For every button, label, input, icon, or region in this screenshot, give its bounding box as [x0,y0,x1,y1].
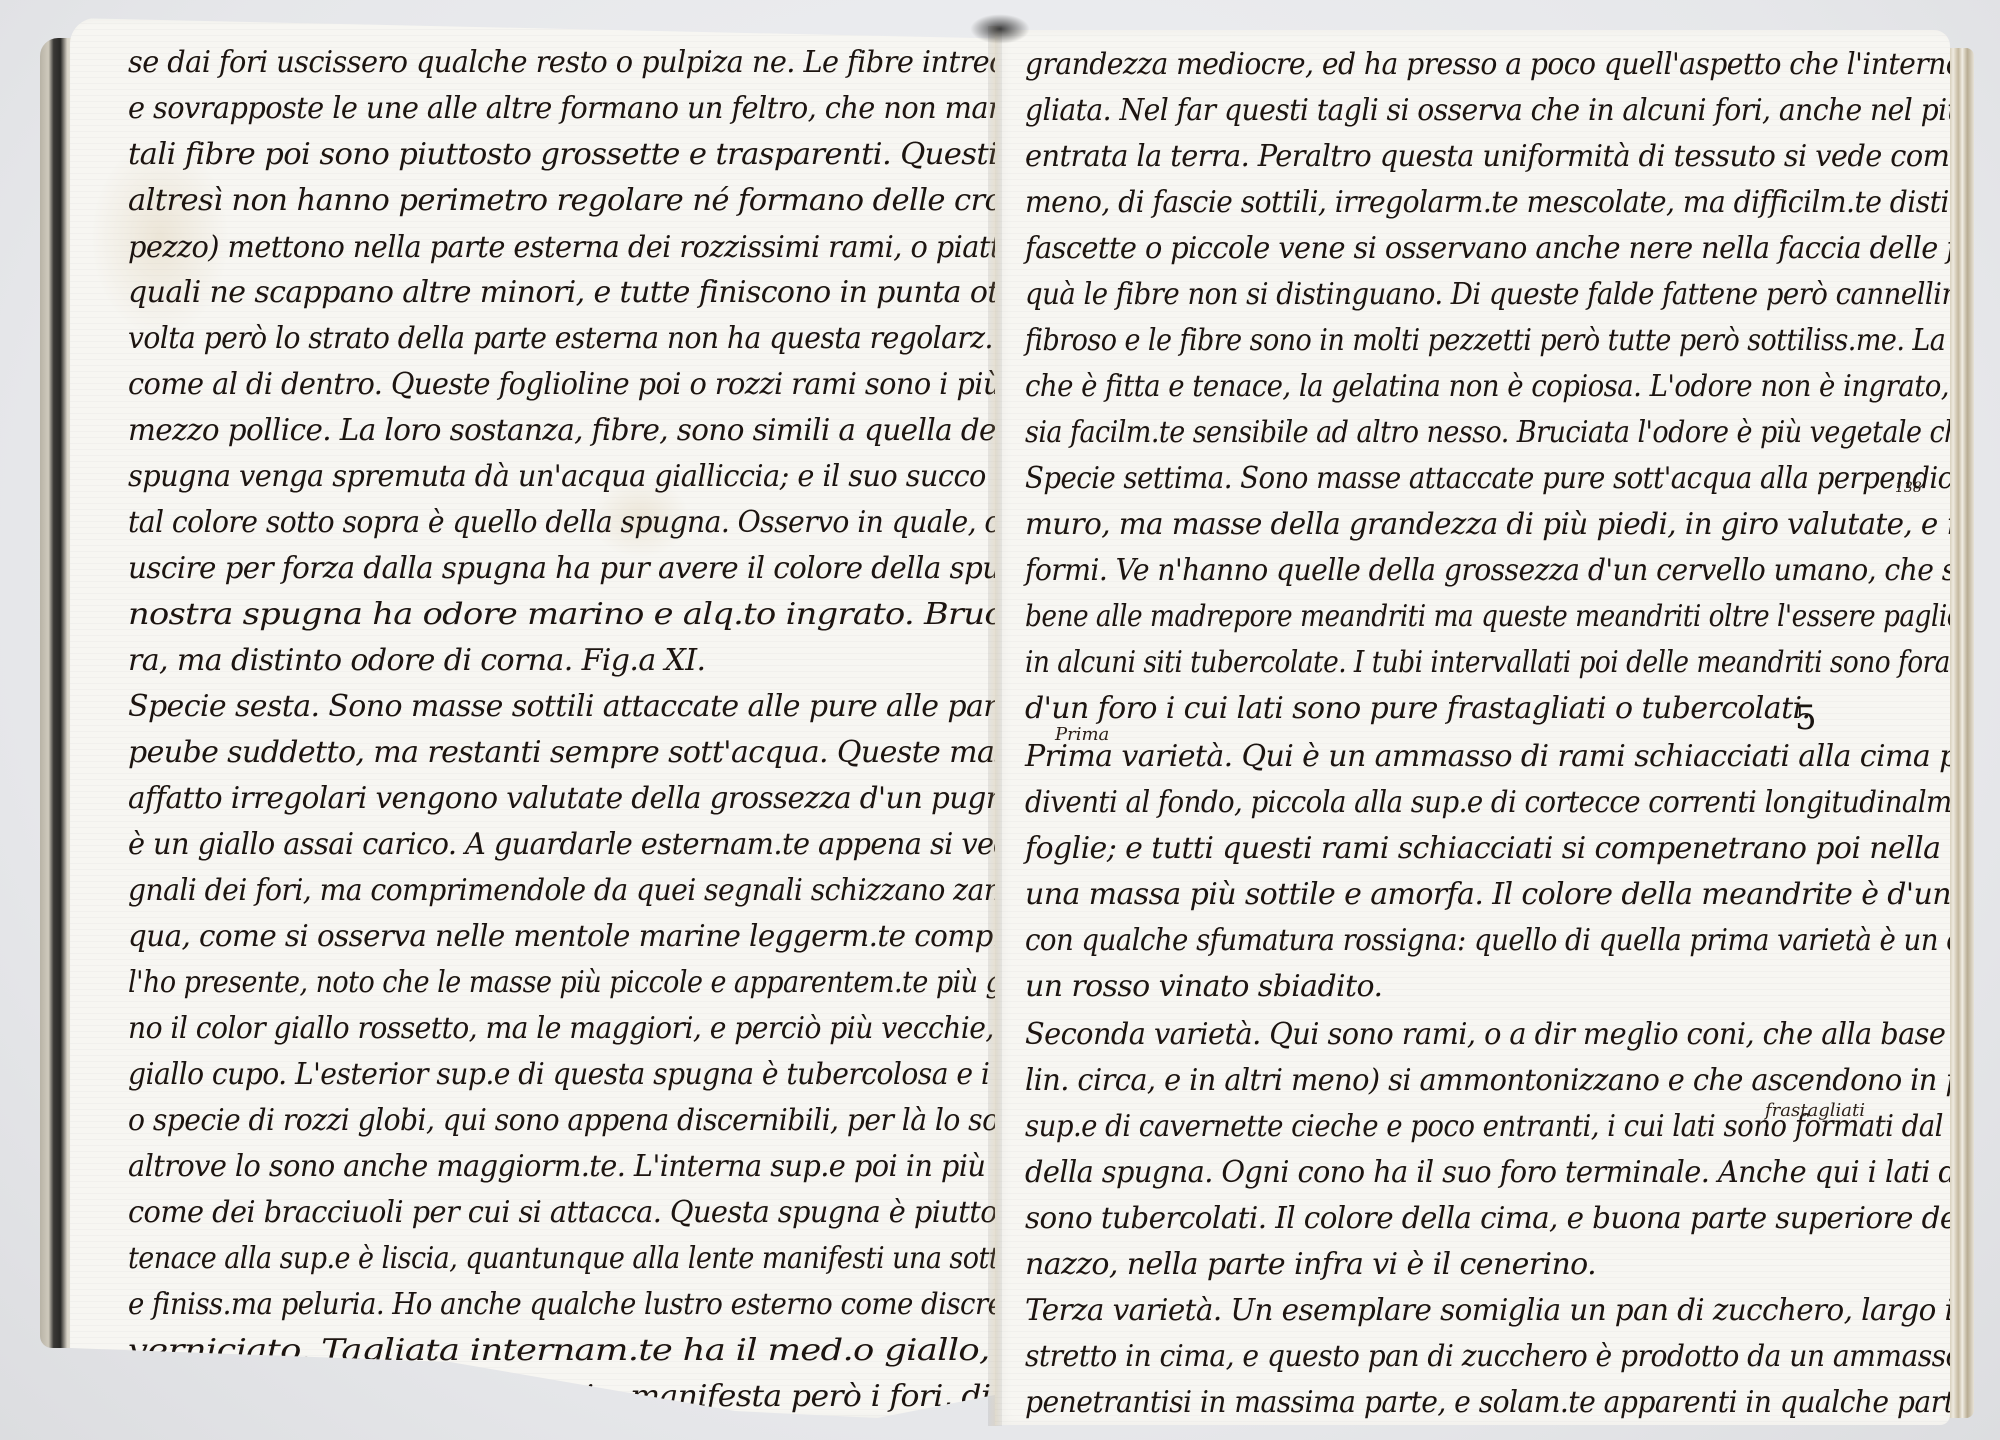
manuscript-line: uscire per forza dalla spugna ha pur ave… [128,554,1020,584]
manuscript-line: fibroso e le fibre sono in molti pezzett… [1025,326,1950,356]
manuscript-line-with-figure-ref: ra, ma distinto odore di corna. Fig.a XI… [128,646,705,676]
manuscript-line: tali fibre poi sono piuttosto grossette … [128,140,1020,170]
manuscript-line: grandezza mediocre, ed ha presso a poco … [1025,50,1950,80]
manuscript-line: peube suddetto, ma restanti sempre sott'… [128,738,1020,768]
manuscript-line: l'ho presente, noto che le masse più pic… [128,968,1020,998]
manuscript-line: tal colore sotto sopra è quello della sp… [128,508,1020,538]
section-heading-seconda-varieta: Seconda varietà. Qui sono rami, o a dir … [1025,1020,1950,1050]
manuscript-line: volta però lo strato della parte esterna… [128,324,1020,354]
manuscript-line: verniciato. Tagliata internam.te ha il m… [128,1336,1020,1366]
manuscript-line: affatto irregolari vengono valutate dell… [128,784,1020,814]
manuscript-line: spugna venga spremuta dà un'acqua gialli… [128,462,1020,492]
manuscript-line: con qualche sfumatura rossigna: quello d… [1025,926,1950,956]
left-page: se dai fori uscissero qualche resto o pu… [70,18,1020,1418]
manuscript-line: quà le fibre non si distinguano. Di ques… [1025,280,1950,310]
manuscript-line: nostra spugna ha odore marino e alq.to i… [128,600,1020,630]
manuscript-line: altrove lo sono anche maggiorm.te. L'int… [128,1152,1020,1182]
manuscript-line: una massa più sottile e amorfa. Il color… [1025,880,1950,910]
manuscript-line: tenace alla sup.e è liscia, quantunque a… [128,1244,1020,1274]
manuscript-line: quali ne scappano altre minori, e tutte … [128,278,1020,308]
notebook-spine-edge [40,38,74,1348]
gutter-shadow [970,14,1030,44]
manuscript-line: pezzo) mettono nella parte esterna dei r… [128,233,1020,263]
manuscript-line: muro, ma masse della grandezza di più pi… [1025,510,1950,540]
margin-note: frastagliati [1765,1100,1865,1121]
manuscript-line: meno, di fascie sottili, irregolarm.te m… [1025,188,1950,218]
manuscript-line: gnali dei fori, ma comprimendole da quei… [128,876,1020,906]
section-heading-specie-sesta: Specie sesta. Sono masse sottili attacca… [128,692,1020,722]
manuscript-line-with-figure-ref: sia facilm.te sensibile ad altro nesso. … [1025,418,1950,448]
page-number: 5 [1795,698,1817,738]
manuscript-line: come dei bracciuoli per cui si attacca. … [128,1198,1020,1228]
manuscript-line: entrata la terra. Peraltro questa unifor… [1025,142,1950,172]
manuscript-line: che è fitta e tenace, la gelatina non è … [1025,372,1950,402]
manuscript-line: se dai fori uscissero qualche resto o pu… [128,48,1020,78]
right-page: grandezza mediocre, ed ha presso a poco … [995,30,1950,1425]
left-page-text: se dai fori uscissero qualche resto o pu… [70,18,1020,1418]
manuscript-line: della spugna. Ogni cono ha il suo foro t… [1025,1158,1950,1188]
manuscript-line: è un giallo assai carico. A guardarle es… [128,830,1020,860]
manuscript-line: sono tubercolati. Il colore della cima, … [1025,1204,1950,1234]
manuscript-line: qua, come si osserva nelle mentole marin… [128,922,1020,952]
manuscript-line: come al di dentro. Queste foglioline poi… [128,370,1020,400]
manuscript-line: gliata. Nel far questi tagli si osserva … [1025,96,1950,126]
manuscript-line: giallo cupo. L'esterior sup.e di questa … [128,1060,1020,1090]
manuscript-line: e finiss.ma peluria. Ho anche qualche lu… [128,1290,1020,1320]
gutter-fold [988,26,1002,1426]
margin-note: 138 [1895,480,1922,496]
page-stack-edge [1948,48,1974,1418]
section-heading-specie-settima: Specie settima. Sono masse attaccate pur… [1025,464,1950,494]
manuscript-line: in alcuni siti tubercolate. I tubi inter… [1025,648,1950,678]
section-heading-terza-varieta: Terza varietà. Un esemplare somiglia un … [1025,1296,1950,1326]
manuscript-line: stretto in cima, e questo pan di zuccher… [1025,1342,1950,1372]
manuscript-line: stanza è densa, uniforme, liscia, manife… [128,1382,1020,1412]
manuscript-line: fascette o piccole vene si osservano anc… [1025,234,1950,264]
manuscript-line: o specie di rozzi globi, qui sono appena… [128,1106,1020,1136]
manuscript-line: e sovrapposte le une alle altre formano … [128,94,1020,124]
manuscript-line: lin. circa, e in altri meno) si ammonton… [1025,1066,1950,1096]
manuscript-line: foglie; e tutti questi rami schiacciati … [1025,834,1950,864]
manuscript-line: formi. Ve n'hanno quelle della grossezza… [1025,556,1950,586]
manuscript-line: d'un foro i cui lati sono pure frastagli… [1025,694,1810,724]
manuscript-line: mezzo pollice. La loro sostanza, fibre, … [128,416,1020,446]
section-heading-prima-varieta: Prima varietà. Qui è un ammasso di rami … [1025,742,1950,772]
open-notebook: se dai fori uscissero qualche resto o pu… [30,18,1980,1428]
manuscript-line: altresì non hanno perimetro regolare né … [128,186,1020,216]
margin-note: Prima [1055,724,1109,745]
scan-background: se dai fori uscissero qualche resto o pu… [0,0,2000,1440]
manuscript-line: diventi al fondo, piccola alla sup.e di … [1025,788,1950,818]
manuscript-line: bene alle madrepore meandriti ma queste … [1025,602,1950,632]
manuscript-line: no il color giallo rossetto, ma le maggi… [128,1014,1020,1044]
manuscript-line: penetrantisi in massima parte, e solam.t… [1025,1388,1950,1418]
manuscript-line: un rosso vinato sbiadito. [1025,972,1382,1002]
manuscript-line: nazzo, nella parte infra vi è il cenerin… [1025,1250,1596,1280]
